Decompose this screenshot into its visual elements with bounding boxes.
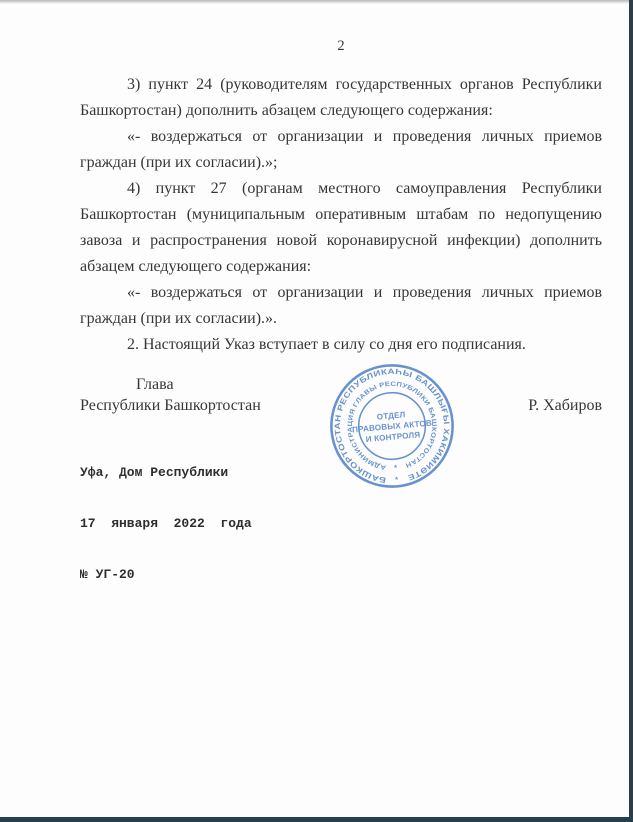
document-body: 3) пункт 24 (руководителям государственн…	[80, 72, 602, 358]
document-number: № УГ-20	[80, 566, 602, 583]
stamp-center-text-line1: ОТДЕЛ	[376, 410, 406, 421]
signatory-title-line2: Республики Башкортостан	[80, 395, 261, 416]
page-bottom-edge	[0, 817, 633, 822]
page-top-edge-shadow	[0, 0, 633, 4]
signatory-title-line1: Глава	[80, 374, 261, 395]
stamp-separator-star: *	[394, 463, 398, 472]
body-paragraph: «- воздержаться от организации и проведе…	[80, 124, 602, 176]
signatory-title: Глава Республики Башкортостан	[80, 374, 261, 416]
issuance-date: 17 января 2022 года	[80, 515, 602, 532]
page-number: 2	[80, 38, 602, 55]
scanned-document-page: 2 3) пункт 24 (руководителям государстве…	[0, 0, 633, 822]
body-paragraph: 3) пункт 24 (руководителям государственн…	[80, 72, 602, 124]
body-paragraph: 4) пункт 27 (органам местного самоуправл…	[80, 176, 602, 280]
body-paragraph: 2. Настоящий Указ вступает в силу со дня…	[80, 332, 602, 358]
page-right-edge	[629, 0, 633, 822]
official-stamp: БАШКОРТОСТАН РЕСПУБЛИКАҺЫ БАШЛЫҒЫ ХАКИМИ…	[323, 357, 462, 496]
document-content: 2 3) пункт 24 (руководителям государстве…	[80, 38, 602, 617]
signatory-name: Р. Хабиров	[528, 395, 602, 416]
body-paragraph: «- воздержаться от организации и проведе…	[80, 280, 602, 332]
stamp-separator-star: *	[395, 475, 399, 484]
